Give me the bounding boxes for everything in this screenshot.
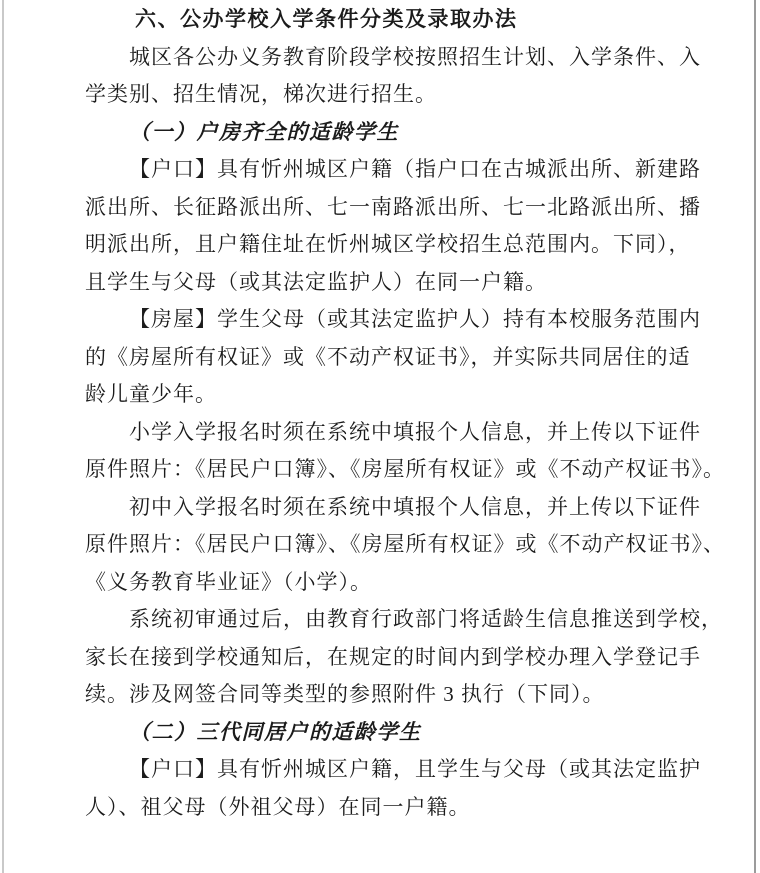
paragraph-line: 人）、祖父母（外祖父母）在同一户籍。 <box>85 789 710 827</box>
paragraph-line: 学类别、招生情况，梯次进行招生。 <box>85 76 710 114</box>
document-page: 六、公办学校入学条件分类及录取办法 城区各公办义务教育阶段学校按照招生计划、入学… <box>0 0 760 873</box>
paragraph-line: 家长在接到学校通知后，在规定的时间内到学校办理入学登记手 <box>85 639 710 677</box>
page-right-edge-line <box>754 0 756 873</box>
paragraph-line: 续。涉及网签合同等类型的参照附件 3 执行（下同）。 <box>85 676 710 714</box>
paragraph-line: 龄儿童少年。 <box>85 376 710 414</box>
section-heading: 六、公办学校入学条件分类及录取办法 <box>85 1 710 39</box>
paragraph-line: 【房屋】学生父母（或其法定监护人）持有本校服务范围内 <box>85 301 710 339</box>
subsection-heading: （二）三代同居户的适龄学生 <box>85 714 710 752</box>
paragraph-line: 原件照片：《居民户口簿》、《房屋所有权证》或《不动产权证书》、 <box>85 526 710 564</box>
paragraph-line: 原件照片：《居民户口簿》、《房屋所有权证》或《不动产权证书》。 <box>85 451 710 489</box>
paragraph-line: 《义务教育毕业证》（小学）。 <box>85 564 710 602</box>
paragraph-line: 且学生与父母（或其法定监护人）在同一户籍。 <box>85 264 710 302</box>
paragraph-line: 【户口】具有忻州城区户籍，且学生与父母（或其法定监护 <box>85 751 710 789</box>
paragraph-line: 初中入学报名时须在系统中填报个人信息，并上传以下证件 <box>85 489 710 527</box>
document-content: 六、公办学校入学条件分类及录取办法 城区各公办义务教育阶段学校按照招生计划、入学… <box>85 1 710 826</box>
paragraph-line: 系统初审通过后，由教育行政部门将适龄生信息推送到学校， <box>85 601 710 639</box>
paragraph-line: 的《房屋所有权证》或《不动产权证书》，并实际共同居住的适 <box>85 339 710 377</box>
paragraph-line: 【户口】具有忻州城区户籍（指户口在古城派出所、新建路 <box>85 151 710 189</box>
subsection-heading: （一）户房齐全的适龄学生 <box>85 114 710 152</box>
paragraph-line: 派出所、长征路派出所、七一南路派出所、七一北路派出所、播 <box>85 189 710 227</box>
page-left-edge-line <box>2 0 4 873</box>
paragraph-line: 小学入学报名时须在系统中填报个人信息，并上传以下证件 <box>85 414 710 452</box>
paragraph-line: 明派出所，且户籍住址在忻州城区学校招生总范围内。下同）， <box>85 226 710 264</box>
paragraph-line: 城区各公办义务教育阶段学校按照招生计划、入学条件、入 <box>85 39 710 77</box>
